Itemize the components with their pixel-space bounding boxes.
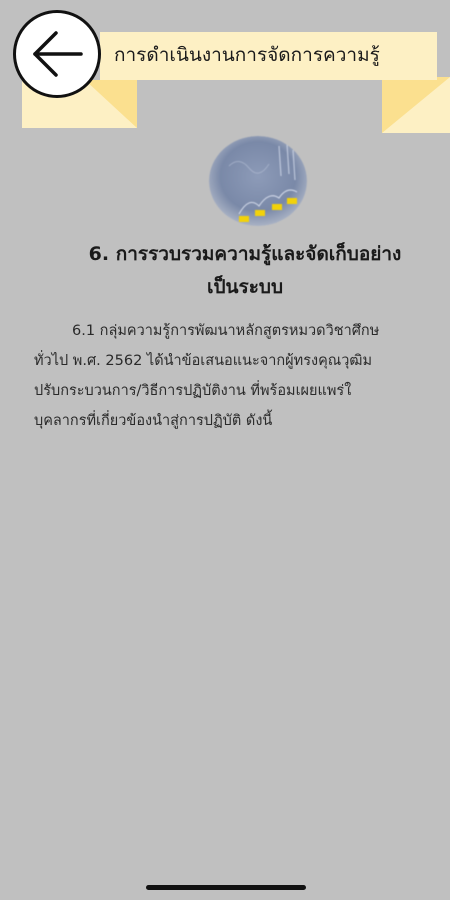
section-heading-line2: เป็นระบบ: [40, 271, 450, 304]
body-line: บุคลากรที่เกี่ยวข้องนำสู่การปฏิบัติ ดังน…: [34, 406, 450, 436]
section-heading: 6. การรวบรวมความรู้และจัดเก็บอย่าง เป็นร…: [40, 238, 450, 304]
growth-chart-image: [209, 136, 307, 226]
ribbon-fold-right: [382, 77, 450, 133]
topic-illustration: [209, 136, 307, 226]
body-line: 6.1 กลุ่มความรู้การพัฒนาหลักสูตรหมวดวิชา…: [34, 316, 450, 346]
page-title: การดำเนินงานการจัดการความรู้: [114, 40, 380, 70]
arrow-left-icon: [29, 30, 85, 78]
body-line: ทั่วไป พ.ศ. 2562 ได้นำข้อเสนอแนะจากผู้ทร…: [34, 346, 450, 376]
home-indicator[interactable]: [146, 885, 306, 890]
banner-ribbon-right: [382, 77, 450, 133]
section-heading-line1: 6. การรวบรวมความรู้และจัดเก็บอย่าง: [40, 238, 450, 271]
back-button[interactable]: [13, 10, 101, 98]
body-line: ปรับกระบวนการ/วิธีการปฏิบัติงาน ที่พร้อม…: [34, 376, 450, 406]
section-body: 6.1 กลุ่มความรู้การพัฒนาหลักสูตรหมวดวิชา…: [34, 316, 450, 436]
